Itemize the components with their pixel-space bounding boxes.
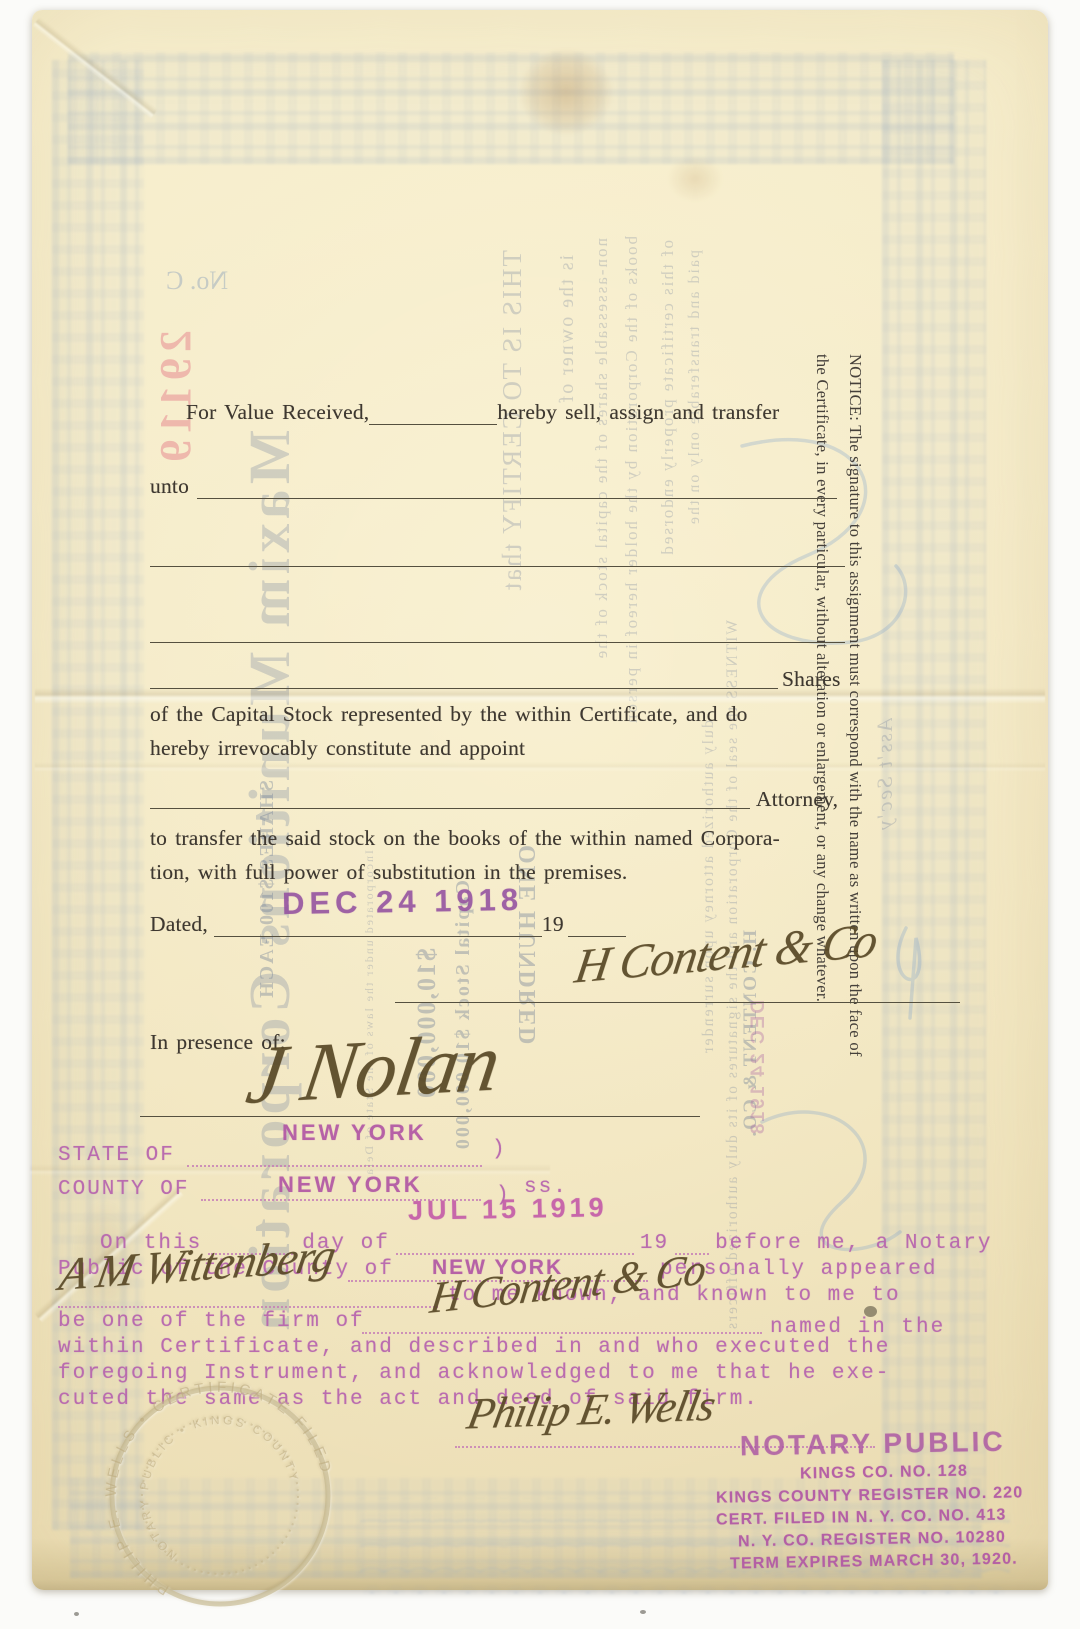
dotted-line: [187, 1146, 482, 1167]
county-of-label: COUNTY OF: [58, 1178, 189, 1201]
unto-label: unto: [150, 474, 189, 499]
state-of-label: STATE OF: [58, 1144, 175, 1167]
blank-line: [150, 808, 750, 809]
sell-assign-text: hereby sell, assign and transfer: [497, 400, 779, 425]
unto-row: unto: [150, 474, 837, 499]
scanned-stock-certificate-back: { "assignment": { "line1_prefix": "For V…: [0, 0, 1080, 1629]
witness-signature: J Nolan: [241, 1015, 506, 1123]
notice-line-1: NOTICE: The signature to this assignment…: [839, 354, 872, 1194]
value-received-label: For Value Received,: [186, 400, 369, 425]
scan-speck: [640, 1610, 646, 1614]
dotted-line: [58, 1306, 438, 1308]
body-line-4: tion, with full power of substitution in…: [150, 860, 627, 885]
before-me-text: before me, a Notary: [715, 1232, 992, 1255]
blank-line: [568, 916, 626, 938]
body-line-3: to transfer the said stock on the books …: [150, 826, 780, 851]
notary-signature: Philip E. Wells: [463, 1380, 719, 1440]
dated-label: Dated,: [150, 912, 208, 937]
value-received-row: For Value Received, hereby sell, assign …: [186, 400, 779, 425]
new-york-stamp-witness: NEW YORK: [282, 1120, 427, 1146]
blank-line: [150, 566, 845, 567]
blank-line: [150, 688, 778, 689]
dotted-line: [396, 1234, 634, 1255]
body-line-1: of the Capital Stock represented by the …: [150, 702, 748, 727]
paren: ): [492, 1138, 507, 1161]
shares-label: Shares: [782, 667, 841, 692]
notary-line-4a: be one of the firm of: [58, 1310, 365, 1333]
new-york-stamp-county: NEW YORK: [278, 1172, 423, 1198]
notary-public-stamp-title: NOTARY PUBLIC: [740, 1426, 1006, 1463]
year-prefix: 19: [542, 912, 564, 937]
blank-line: [369, 404, 497, 426]
state-of-row: STATE OF: [58, 1144, 482, 1167]
blank-line: [197, 478, 837, 500]
notary-line-5: within Certificate, and described in and…: [58, 1336, 890, 1359]
blank-line: [214, 916, 542, 938]
dated-row: Dated, 19: [150, 912, 626, 937]
body-line-2: hereby irrevocably constitute and appoin…: [150, 736, 525, 761]
scan-speck: [74, 1612, 79, 1616]
blank-line: [150, 642, 845, 643]
attorney-label: Attorney,: [756, 787, 838, 812]
notary-line-6: foregoing Instrument, and acknowledged t…: [58, 1362, 890, 1385]
signature-line: [140, 1116, 700, 1117]
signature-line: [395, 1002, 960, 1003]
dotted-line: [362, 1332, 762, 1334]
notarized-stamp-jul-15-1919: JUL 15 1919: [408, 1192, 608, 1226]
notary-stamp-line: KINGS CO. NO. 128: [800, 1463, 968, 1484]
